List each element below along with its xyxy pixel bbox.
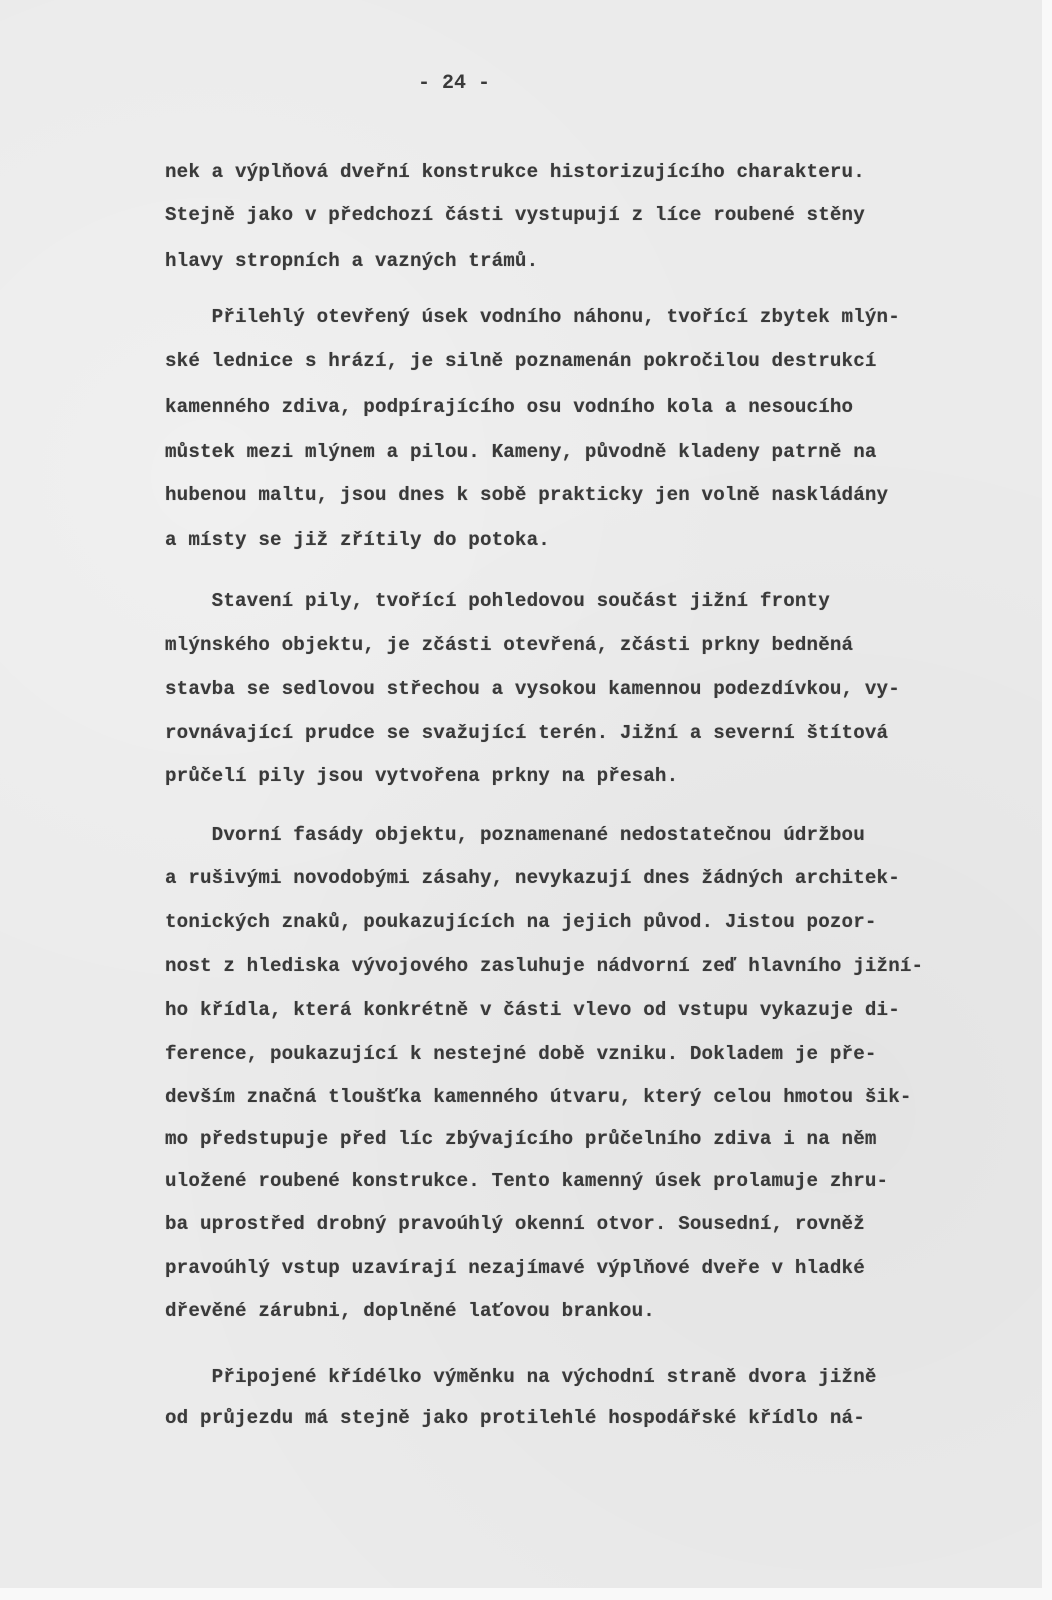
text-line: kamenného zdiva, podpírajícího osu vodní… [165,398,853,417]
text-line: hlavy stropních a vazných trámů. [165,252,538,271]
text-line: ské lednice s hrází, je silně poznamenán… [165,352,877,371]
text-line: průčelí pily jsou vytvořena prkny na pře… [165,767,678,786]
text-line: stavba se sedlovou střechou a vysokou ka… [165,680,900,699]
text-line: Stejně jako v předchozí části vystupují … [165,206,865,225]
text-line: tonických znaků, poukazujících na jejich… [165,913,877,932]
text-line: od průjezdu má stejně jako protilehlé ho… [165,1409,865,1428]
text-line: uložené roubené konstrukce. Tento kamenn… [165,1172,888,1191]
text-line: devším značná tloušťka kamenného útvaru,… [165,1088,912,1107]
text-line: dřevěné zárubni, doplněné laťovou branko… [165,1302,655,1321]
scan-edge-bottom [0,1588,1052,1600]
page-number: - 24 - [418,72,490,95]
text-line: mlýnského objektu, je zčásti otevřená, z… [165,636,853,655]
text-line: pravoúhlý vstup uzavírají nezajímavé výp… [165,1259,865,1278]
text-line: Připojené křídélko výměnku na východní s… [165,1368,877,1387]
text-line: ference, poukazující k nestejné době vzn… [165,1045,877,1064]
text-line: a místy se již zřítily do potoka. [165,531,550,550]
scan-edge-right [1042,0,1052,1600]
text-line: a rušivými novodobými zásahy, nevykazují… [165,869,900,888]
text-line: Stavení pily, tvořící pohledovou součást… [165,592,830,611]
paper-sheet [0,0,1042,1588]
text-line: rovnávající prudce se svažující terén. J… [165,724,888,743]
text-line: ba uprostřed drobný pravoúhlý okenní otv… [165,1215,865,1234]
text-line: mo předstupuje před líc zbývajícího průč… [165,1130,877,1149]
text-line: hubenou maltu, jsou dnes k sobě praktick… [165,486,888,505]
text-line: Dvorní fasády objektu, poznamenané nedos… [165,826,865,845]
text-line: nek a výplňová dveřní konstrukce histori… [165,163,865,182]
text-line: můstek mezi mlýnem a pilou. Kameny, půvo… [165,443,877,462]
text-line: Přilehlý otevřený úsek vodního náhonu, t… [165,308,900,327]
text-line: ho křídla, která konkrétně v části vlevo… [165,1001,900,1020]
text-line: nost z hlediska vývojového zasluhuje nád… [165,957,923,976]
